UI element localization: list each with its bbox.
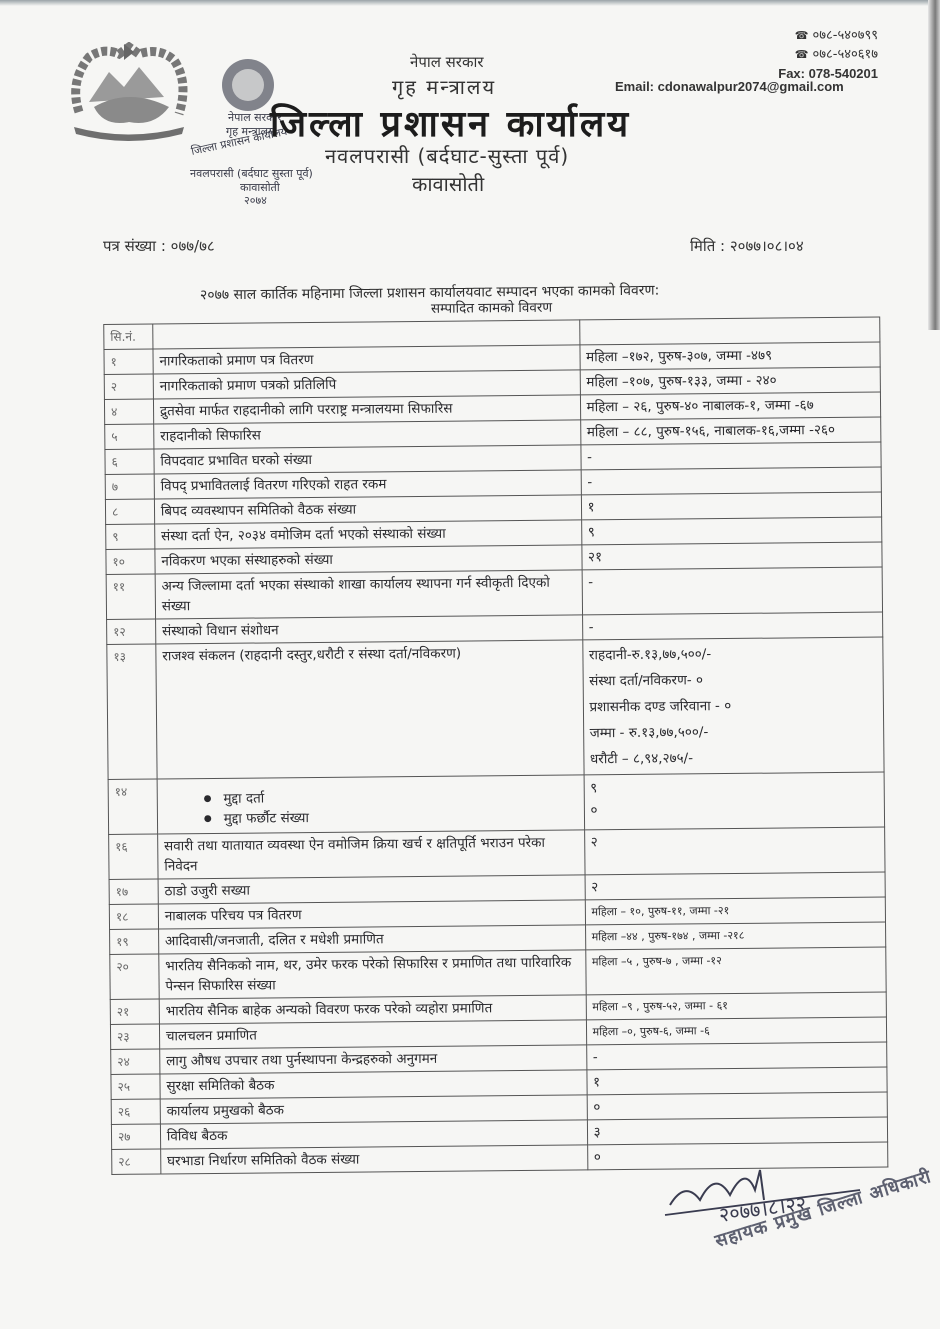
svg-text:कावासोती: कावासोती [240, 181, 280, 194]
row-serial: १४ [108, 779, 157, 834]
page-edge-right [928, 0, 940, 330]
row-value: - [581, 467, 882, 495]
row-description: घरभाडा निर्धारण समितिको वैठक संख्या [161, 1145, 588, 1174]
value-line: प्रशासनीक दण्ड जरिवाना - ० [589, 692, 877, 721]
value-line: ० [590, 797, 878, 822]
document-date: मिति : २०७७।०८।०४ [690, 236, 804, 256]
row-value: महिला – ८८, पुरुष-१५६, नाबालक-१६,जम्मा -… [580, 417, 881, 445]
row-value: ९ [581, 517, 882, 545]
row-serial: ९ [106, 524, 155, 549]
row-serial: १९ [110, 929, 159, 954]
row-value: ९० [584, 772, 885, 830]
row-serial: २८ [112, 1149, 161, 1174]
row-serial: ७ [105, 474, 154, 499]
row-value: २ [585, 872, 886, 900]
row-value: १ [586, 1067, 887, 1095]
row-description: सवारी तथा यातायात व्यवस्था ऐन वमोजिम क्र… [157, 830, 584, 879]
telephone-icon: ☎ [795, 26, 809, 45]
row-value: महिला –१७२, पुरुष-३०७, जम्मा -४७९ [579, 342, 880, 370]
row-serial: १३ [107, 644, 157, 779]
row-serial: २४ [111, 1049, 160, 1074]
row-serial: १८ [109, 904, 158, 929]
row-value: ३ [587, 1117, 888, 1145]
row-serial: २६ [111, 1099, 160, 1124]
government-label: नेपाल सरकार [410, 52, 483, 72]
office-title: जिल्ला प्रशासन कार्यालय [270, 98, 631, 147]
page-edge-top [0, 0, 940, 6]
row-description: मुद्दा दर्तामुद्दा फर्छौट संख्या [157, 775, 584, 834]
row-value: महिला –९ , पुरुष-५२, जम्मा - ६१ [586, 992, 887, 1020]
row-serial: १७ [109, 879, 158, 904]
table-row: १४मुद्दा दर्तामुद्दा फर्छौट संख्या९० [108, 772, 884, 834]
row-value: - [586, 1042, 887, 1070]
svg-text:नवलपरासी (बर्दघाट सुस्ता पूर्व: नवलपरासी (बर्दघाट सुस्ता पूर्व) [190, 167, 313, 181]
row-serial: ११ [106, 574, 155, 619]
table-row: २०भारतिय सैनिकको नाम, थर, उमेर फरक परेको… [110, 947, 886, 999]
row-value: - [582, 612, 883, 640]
ministry-label: गृह मन्त्रालय [392, 73, 496, 100]
nepal-emblem-icon [64, 42, 194, 152]
telephone-icon: ☎ [795, 45, 809, 64]
row-description: भारतिय सैनिकको नाम, थर, उमेर फरक परेको स… [159, 950, 586, 999]
row-serial: २७ [111, 1124, 160, 1149]
row-serial: १० [106, 549, 155, 574]
row-description: अन्य जिल्लामा दर्ता भएका संस्थाको शाखा क… [155, 570, 582, 619]
town-label: कावासोती [412, 170, 484, 197]
row-serial: १६ [109, 834, 158, 879]
bullet-item: मुद्दा फर्छौट संख्या [164, 805, 578, 829]
row-value: ० [587, 1092, 888, 1120]
email-address: Email: cdonawalpur2074@gmail.com [615, 79, 844, 94]
row-serial: ५ [105, 424, 154, 449]
row-value: महिला –५ , पुरुष-७ , जम्मा -१२ [585, 947, 886, 995]
row-value: महिला – १०, पुरुष-११, जम्मा -२१ [585, 897, 886, 925]
phone-1: ☎०७८-५४०७९९ [778, 26, 878, 45]
row-serial: २० [110, 954, 159, 999]
row-serial: ४ [104, 399, 153, 424]
row-value: महिला –१०७, पुरुष-१३३, जम्मा - २४० [580, 367, 881, 395]
table-row: १६सवारी तथा यातायात व्यवस्था ऐन वमोजिम क… [109, 827, 885, 879]
value-line: ९ [590, 775, 878, 800]
row-serial: २१ [110, 999, 159, 1024]
row-serial: ६ [105, 449, 154, 474]
row-value: १ [581, 492, 882, 520]
row-value: राहदानी-रु.१३,७७,५००/-संस्था दर्ता/नविकर… [582, 637, 884, 775]
table-row: ११अन्य जिल्लामा दर्ता भएका संस्थाको शाखा… [106, 567, 882, 619]
district-label: नवलपरासी (बर्दघाट-सुस्ता पूर्व) [325, 142, 569, 169]
row-value: महिला – २६, पुरुष-४० नाबालक-१, जम्मा -६७ [580, 392, 881, 420]
row-value: - [580, 442, 881, 470]
row-value: महिला –०, पुरुष-६, जम्मा -६ [586, 1017, 887, 1045]
value-line: जम्मा - रु.१३,७७,५००/- [590, 718, 878, 747]
value-line: राहदानी-रु.१३,७७,५००/- [589, 640, 877, 669]
row-description: राजश्व संकलन (राहदानी दस्तुर,धरौटी र संस… [156, 640, 584, 779]
value-line: संस्था दर्ता/नविकरण- ० [589, 666, 877, 695]
work-details-table: सम्पादित कामको विवरण सि.नं. १नागरिकताको … [103, 293, 888, 1175]
row-serial: ८ [105, 499, 154, 524]
contact-block: ☎०७८-५४०७९९ ☎०७८-५४०६१७ Fax: 078-540201 [778, 26, 878, 83]
row-serial: १ [104, 349, 153, 374]
row-serial: १२ [107, 619, 156, 644]
svg-text:२०७४: २०७४ [244, 194, 267, 205]
sn-header: सि.नं. [104, 324, 153, 349]
row-value: महिला –४४ , पुरुष-१७४ , जम्मा -२१८ [585, 922, 886, 950]
reference-number: पत्र संख्या : ०७७/७८ [103, 236, 215, 256]
row-value: २१ [581, 542, 882, 570]
row-serial: २५ [111, 1074, 160, 1099]
row-value: - [582, 567, 883, 615]
value-line: धरौटी – ८,९४,२७५/- [590, 744, 878, 773]
row-serial: २३ [110, 1024, 159, 1049]
row-serial: २ [104, 374, 153, 399]
row-value: २ [584, 827, 885, 875]
table-row: १३राजश्व संकलन (राहदानी दस्तुर,धरौटी र स… [107, 637, 884, 779]
phone-2: ☎०७८-५४०६१७ [778, 45, 878, 64]
